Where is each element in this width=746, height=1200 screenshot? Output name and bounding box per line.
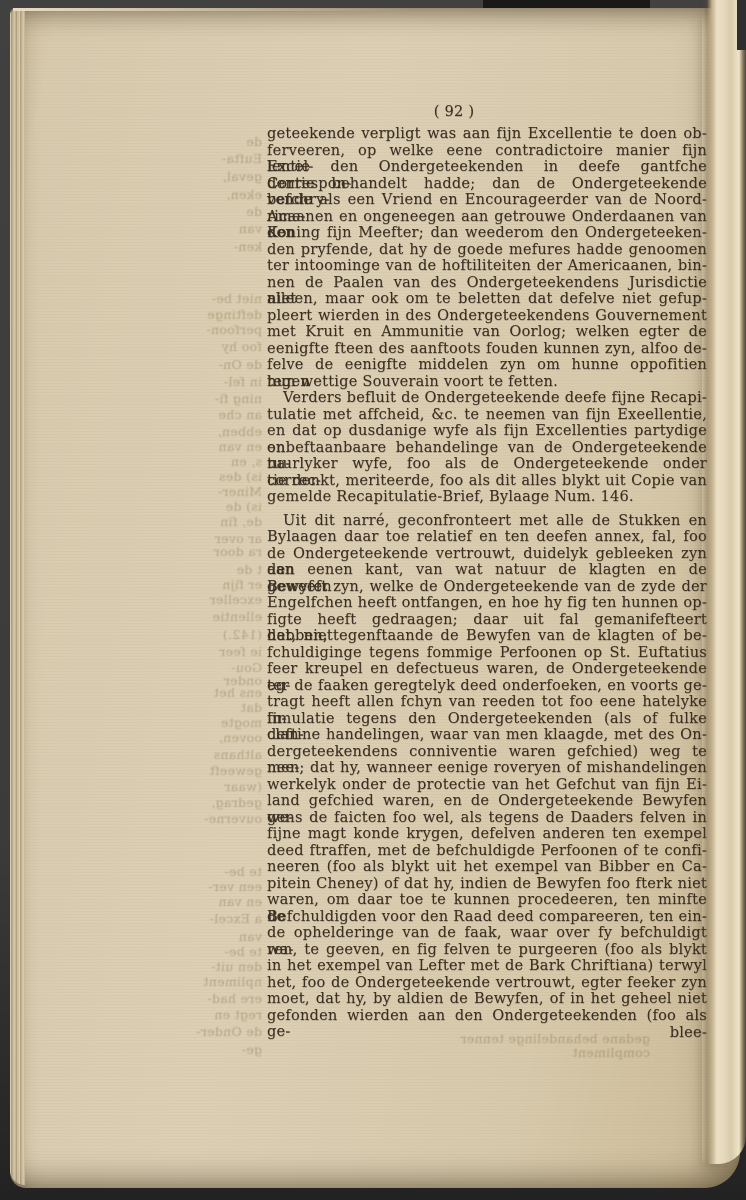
text-line: figte heeft gedraagen; daar uit fal gema… xyxy=(267,612,707,629)
text-line: hun wettige Souverain voort te fetten. xyxy=(267,374,707,391)
text-line: onbeftaanbaare behandelinge van de Onder… xyxy=(267,440,707,457)
text-line: ter intoominge van de hoftiliteiten der … xyxy=(267,258,707,275)
text-line: Bylaagen daar toe relatief en ten deefen… xyxy=(267,529,707,546)
text-line: den pryfende, dat hy de goede mefures ha… xyxy=(267,242,707,259)
text-line: pitein Cheney) of dat hy, indien de Bewy… xyxy=(267,876,707,893)
text-line: deftine handelingen, waar van men klaagd… xyxy=(267,727,707,744)
text-line: land gefchied waren, en de Ondergeteeken… xyxy=(267,793,707,810)
text-line: dentie behandelt hadde; dan de Ondergete… xyxy=(267,176,707,193)
text-line: het, foo de Ondergeteekende vertrouwt, e… xyxy=(267,975,707,992)
paragraph: Uit dit narré, geconfronteert met alle d… xyxy=(267,513,707,1025)
text-line: fimulatie tegens den Ondergeteekenden (a… xyxy=(267,711,707,728)
text-line: Verders befluit de Ondergeteekende deefe… xyxy=(267,390,707,407)
book-page: ( 92 ) geteekende verpligt was aan fijn … xyxy=(10,8,740,1188)
text-line: ter de faaken geregtelyk deed onderfoeke… xyxy=(267,678,707,695)
text-line: tragt heeft allen fchyn van reeden tot f… xyxy=(267,694,707,711)
page-top-edge xyxy=(13,8,415,11)
text-line: de Ondergeteekende vertrouwt, duidelyk g… xyxy=(267,546,707,563)
text-line: felve de eenigfte middelen zyn om hunne … xyxy=(267,357,707,374)
text-line: Befchuldigden voor den Raad deed compare… xyxy=(267,909,707,926)
paragraph: Verders befluit de Ondergeteekende deefe… xyxy=(267,390,707,506)
text-line: moet, dat hy, by aldien de Bewyfen, of i… xyxy=(267,991,707,1008)
text-line: fchuldiginge tegens fommige Perfoonen op… xyxy=(267,645,707,662)
page-edge-stack xyxy=(10,10,25,1185)
text-line: geweeft zyn, welke de Ondergeteekende va… xyxy=(267,579,707,596)
page-number: ( 92 ) xyxy=(234,104,674,121)
text-line: feer kreupel en defectueus waren, de Ond… xyxy=(267,661,707,678)
scanner-background-corner xyxy=(737,0,746,50)
text-line: tulatie met affcheid, &c. te neemen van … xyxy=(267,407,707,424)
text-line: lentie den Ondergeteekenden in deefe gan… xyxy=(267,159,707,176)
text-line: ren, te geeven, en fig felven te purgeer… xyxy=(267,942,707,959)
paragraph: geteekende verpligt was aan fijn Excelle… xyxy=(267,126,707,390)
text-line: in het exempel van Lefter met de Bark Ch… xyxy=(267,958,707,975)
text-line: Uit dit narré, geconfronteert met alle d… xyxy=(267,513,707,530)
text-line: men; dat hy, wanneer eenige roveryen of … xyxy=(267,760,707,777)
text-line: fijne magt konde krygen, defelven andere… xyxy=(267,826,707,843)
text-line: Engelfchen heeft ontfangen, en hoe hy fi… xyxy=(267,595,707,612)
text-line: tuurlyker wyfe, foo als de Ondergeteeken… xyxy=(267,456,707,473)
text-line: nen de Paalen van des Ondergeteekendens … xyxy=(267,275,707,292)
text-line: neeren (foo als blykt uit het exempel va… xyxy=(267,859,707,876)
text-line: de ophelderinge van de faak, waar over f… xyxy=(267,925,707,942)
text-line: alleen, maar ook om te beletten dat defe… xyxy=(267,291,707,308)
text-line: gens de faicten foo wel, als tegens de D… xyxy=(267,810,707,827)
text-line: gefonden wierden aan den Ondergeteekende… xyxy=(267,1008,707,1025)
text-line: vende als een Vriend en Encourageerder v… xyxy=(267,192,707,209)
text-line: pleert wierden in des Ondergeteekendens … xyxy=(267,308,707,325)
text-line: waren, om daar toe te kunnen procedeeren… xyxy=(267,892,707,909)
text-line: met Kruit en Ammunitie van Oorlog; welke… xyxy=(267,324,707,341)
text-line: den eenen kant, van wat natuur de klagte… xyxy=(267,562,707,579)
curled-page-edge xyxy=(702,0,746,1164)
text-line: ferveeren, op welke eene contradictoire … xyxy=(267,143,707,160)
text-line: gemelde Recapitulatie-Brief, Bylaage Num… xyxy=(267,489,707,506)
text-line: werkelyk onder de protectie van het Gefc… xyxy=(267,777,707,794)
text-line: dat, niettegenftaande de Bewyfen van de … xyxy=(267,628,707,645)
text-line: Koning fijn Meefter; dan weederom den On… xyxy=(267,225,707,242)
scanned-book-page: ( 92 ) geteekende verpligt was aan fijn … xyxy=(0,0,746,1200)
text-line: ricaanen en ongeneegen aan getrouwe Onde… xyxy=(267,209,707,226)
text-line: eenigfte fteen des aanftoots fouden kunn… xyxy=(267,341,707,358)
text-block: ( 92 ) geteekende verpligt was aan fijn … xyxy=(267,104,707,1042)
text-line: dergeteekendens conniventie waren gefchi… xyxy=(267,744,707,761)
text-line: tie denkt, meriteerde, foo als dit alles… xyxy=(267,473,707,490)
text-line: geteekende verpligt was aan fijn Excelle… xyxy=(267,126,707,143)
paragraphs-container: geteekende verpligt was aan fijn Excelle… xyxy=(267,126,707,1024)
text-line: en dat op dusdanige wyfe als fijn Excell… xyxy=(267,423,707,440)
text-line: deed ftraffen, met de befchuldigde Perfo… xyxy=(267,843,707,860)
catchword: blee- xyxy=(267,1025,707,1042)
